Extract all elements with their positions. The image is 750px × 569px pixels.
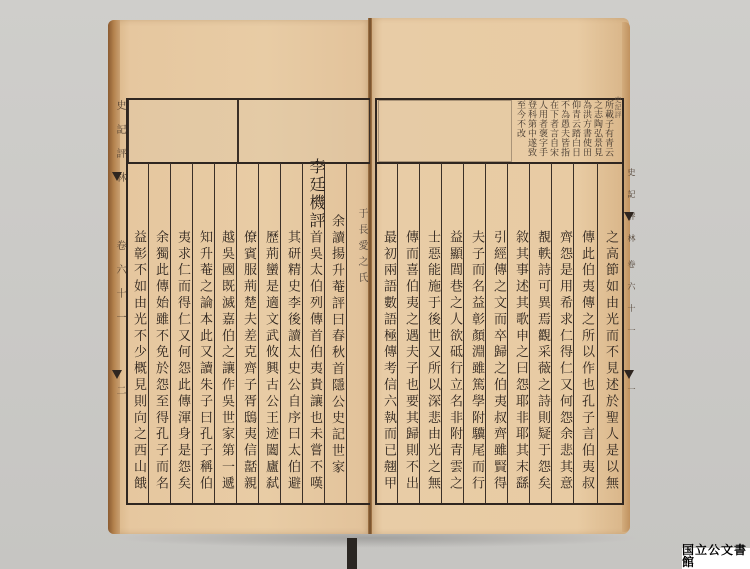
text-column: 余讀揚升菴評曰春秋首隱公史記世家 [327,214,345,476]
text-column: 之高節如由光而不見述於聖人是以無 [601,230,619,492]
upper-note-column: 在下者言自宋 [547,100,558,157]
upper-note-column: 仰青云踏白日 [569,100,580,157]
fishtail-mark [112,172,122,181]
text-column: 傳此伯夷傳之所以作也孔子言伯夷叔 [577,230,595,492]
left-spine-folio: 二 [112,385,127,409]
text-column: 其研精史李後讀太史公自序曰太伯避 [283,230,301,492]
upper-margin-mark: 史記評 [612,96,623,119]
column-rule [463,163,464,503]
text-column: 余獨此傳始雖不免於怨至得孔子而名 [151,230,169,492]
upper-note-column: 之志陶弘景見 [591,100,602,157]
text-column: 齊怨是用希求仁得仁又何怨余悲其意 [555,230,573,492]
column-rule [529,163,530,503]
left-upper-register-blank [128,99,238,163]
fishtail-mark [624,212,634,221]
left-spine-title: 史記評林 [112,100,127,196]
column-rule [192,163,193,503]
upper-note-column: 至今不改 [514,100,525,138]
bookmark-ribbon [347,538,357,569]
upper-note-column: 不為愚夫皆指 [558,100,569,157]
left-header-note: 于長愛之氏 [352,208,370,288]
watermark-main: 国立公文書館 [682,544,750,568]
upper-note-column: 登科第中遂致 [525,100,536,157]
column-rule [597,163,598,503]
column-rule [236,163,237,503]
text-column: 傳而喜伯夷之遇夫子也要其歸則不出 [401,230,419,492]
column-rule [302,163,303,503]
right-inner-border [375,98,377,505]
right-register-rule [375,162,623,164]
left-spine-volume: 卷六十一 [112,240,127,336]
column-rule [551,163,552,503]
column-rule [397,163,398,503]
column-rule [573,163,574,503]
column-rule [346,163,347,503]
column-rule [419,163,420,503]
upper-note-column: 人用者褒字手 [536,100,547,157]
column-rule [441,163,442,503]
left-top-rule [126,98,370,100]
fishtail-mark [112,370,122,379]
text-column: 士惡能施于後世又所以深悲由光之無 [423,230,441,492]
text-column: 越吳國既滅嘉伯之讓作吳世家第一遞 [217,230,235,492]
column-rule [214,163,215,503]
text-column: 首吳太伯列傳首伯夷貴讓也未嘗不嘆 [305,230,323,492]
column-rule [280,163,281,503]
column-rule [507,163,508,503]
text-column: 夷求仁而得仁又何怨此傳渾身是怨矣 [173,230,191,492]
text-column: 夫子而名益彰顏淵雖篤學附驥尾而行 [467,230,485,492]
left-bottom-rule [126,503,370,505]
text-column: 益顯閭巷之人欲砥行立名非附青雲之 [445,230,463,492]
right-border [622,98,624,505]
text-column: 歷荊蠻是適文武攸興古公王迹闔廬弑 [261,230,279,492]
left-upper-register-bleedthrough [238,99,370,163]
text-column: 僚賓服荊楚夫差克齊子胥鴟夷信嚭親 [239,230,257,492]
text-column: 益彰不如由光不少概見則向之西山餓 [129,230,147,492]
fishtail-mark [624,370,634,379]
archive-watermark: 国立公文書館 National Archives of Japan [682,548,750,569]
upper-note-column: 為洪方書使田 [580,100,591,157]
text-column: 知升菴之論本此又讀朱子曰孔子稱伯 [195,230,213,492]
column-rule [148,163,149,503]
left-register-rule [126,162,370,164]
text-column: 引經傳之文而卒歸之伯夷叔齊雖賢得 [489,230,507,492]
text-column: 敘其事述其歌申之曰怨耶非耶其末繇 [511,230,529,492]
right-spine-folio: 一 [626,385,637,407]
text-column: 最初兩語數語極傳考信六執而已翹甲 [379,230,397,492]
right-upper-register-bleed [378,100,512,162]
text-column: 覩軼詩可異焉觀采薇之詩則疑于怨矣 [533,230,551,492]
right-bottom-rule [375,503,623,505]
column-rule [170,163,171,503]
right-spine-volume: 卷六十一 [626,260,637,348]
column-rule [485,163,486,503]
column-rule [258,163,259,503]
left-header-title: 李廷機評 [307,158,325,230]
